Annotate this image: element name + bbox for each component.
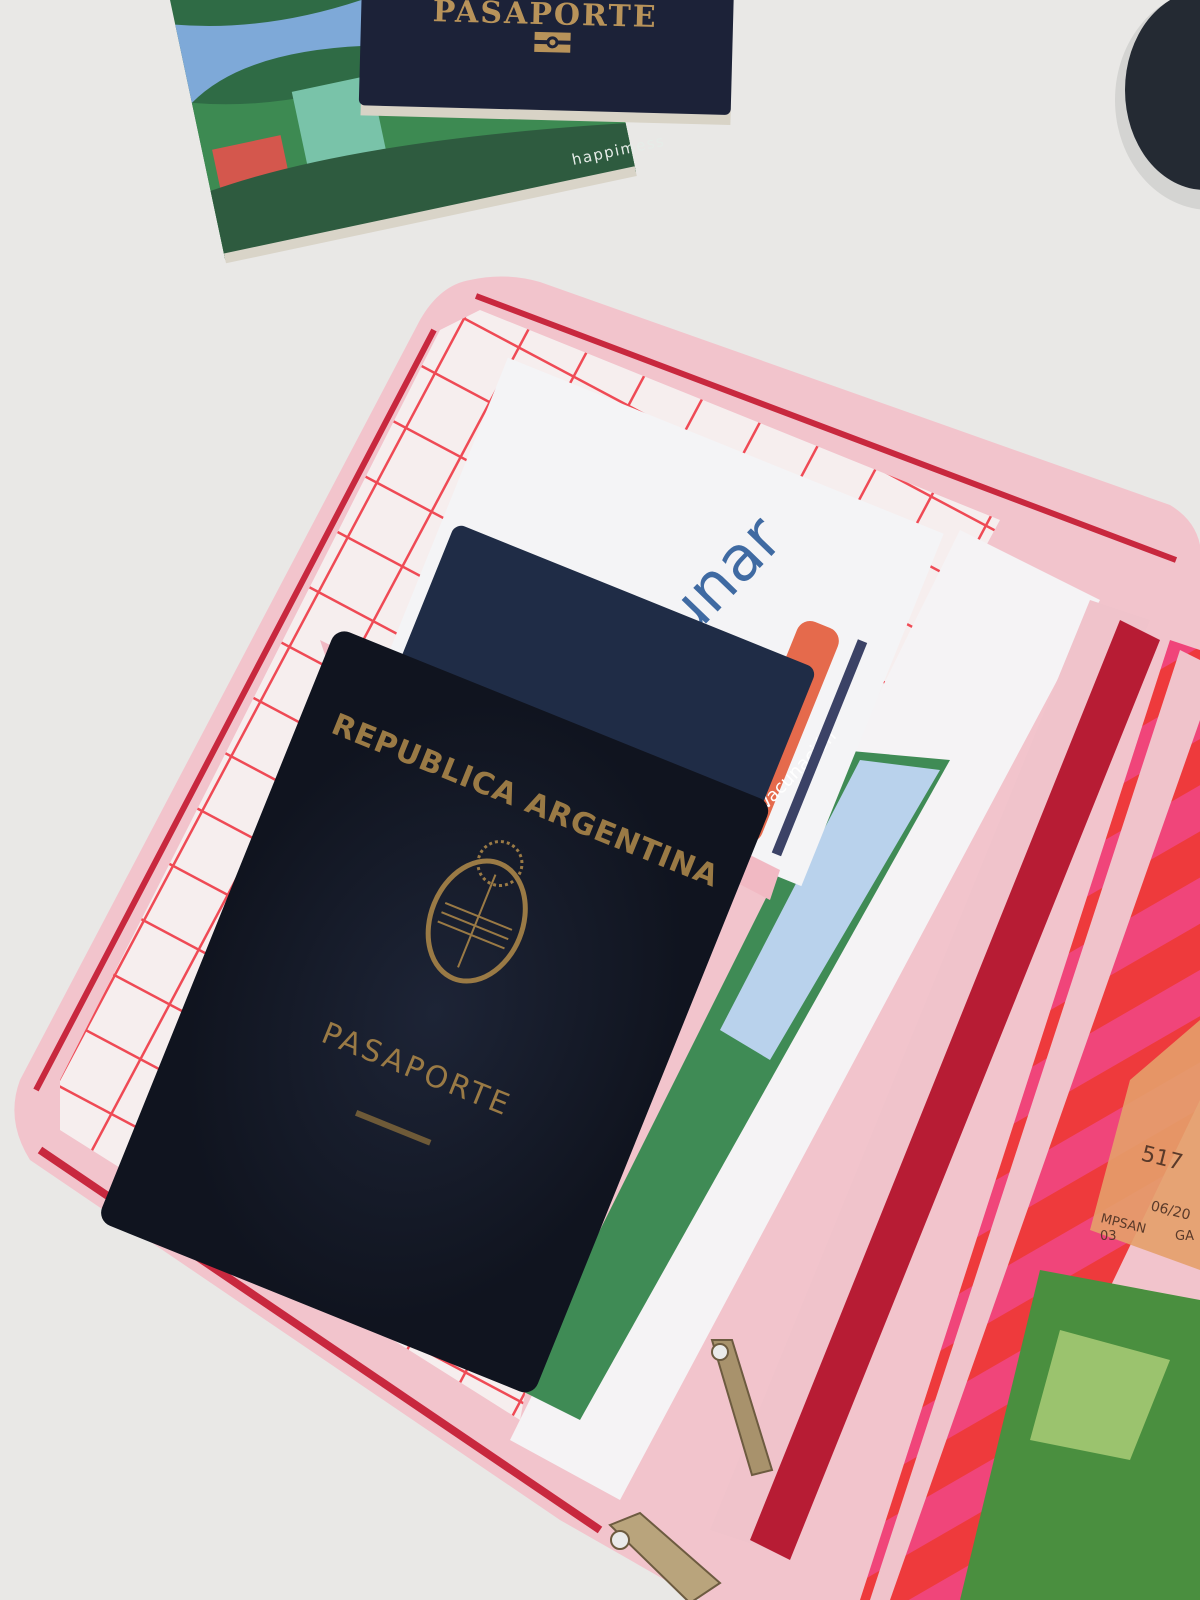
biometric-chip-icon [534, 32, 571, 53]
ticket-code: 03 [1100, 1229, 1117, 1244]
photo-scene: happimess PASAPORTE cunar vados de Vacun… [0, 0, 1200, 1600]
top-passport: PASAPORTE [358, 0, 734, 125]
ticket-extra: GA [1175, 1229, 1194, 1244]
top-passport-title: PASAPORTE [432, 0, 658, 35]
